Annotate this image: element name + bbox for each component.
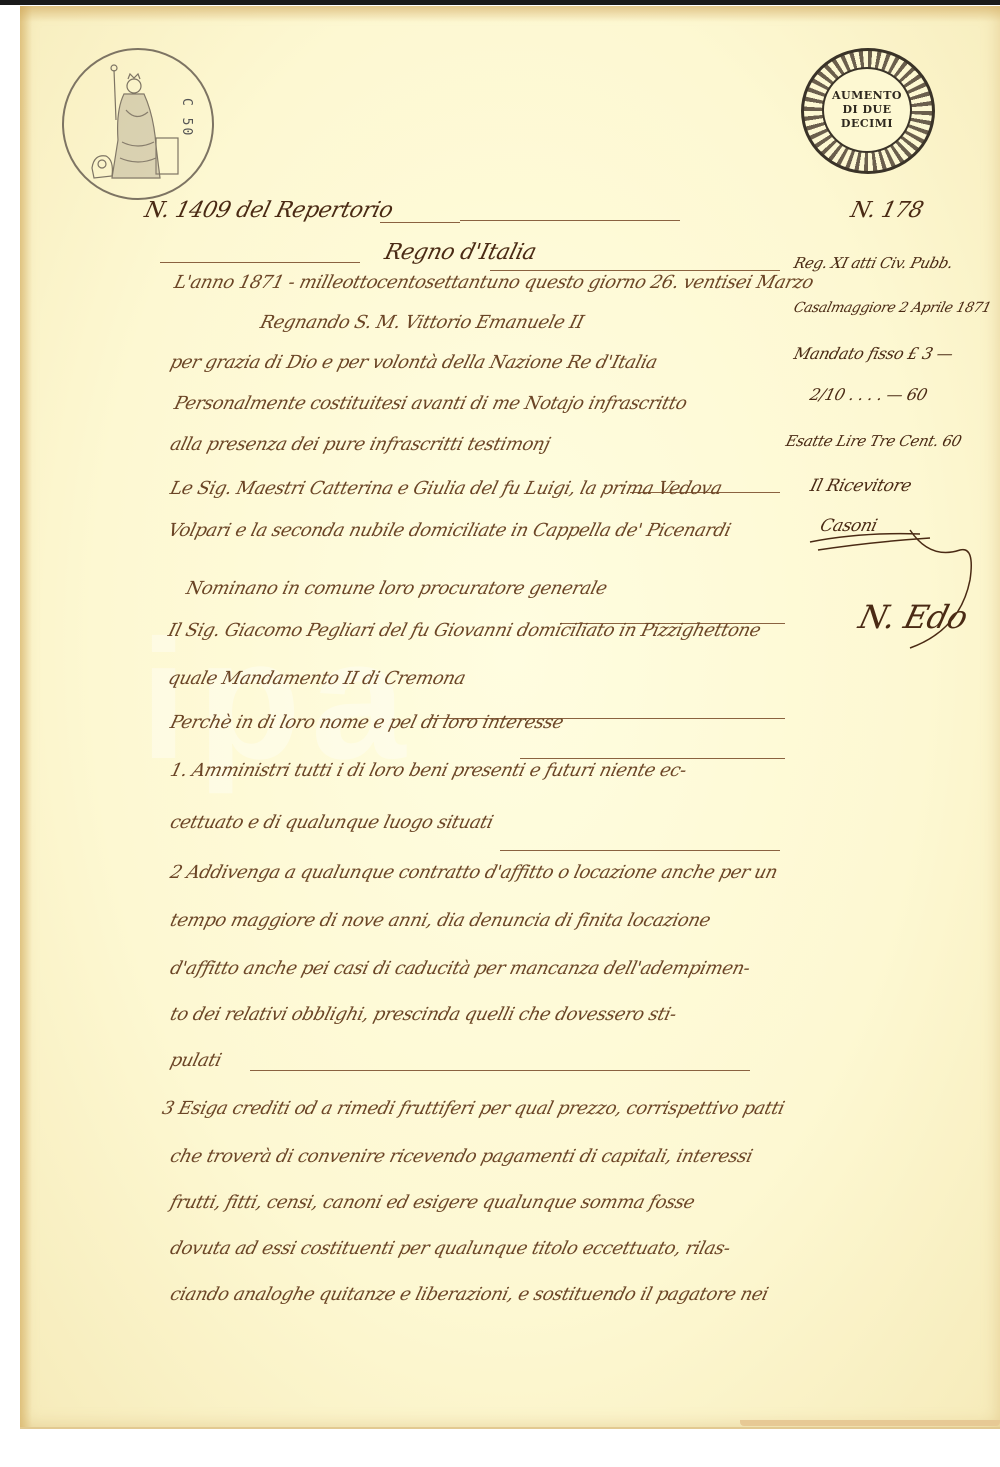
- margin-note: Mandato fisso £ 3 —: [792, 344, 955, 363]
- body-line: Personalmente costituitesi avanti di me …: [172, 393, 689, 414]
- body-line: Perchè in di loro nome e pel di loro int…: [168, 712, 566, 733]
- margin-note: 2/10 . . . . — 60: [808, 385, 929, 404]
- body-line: tempo maggiore di nove anni, dia denunci…: [168, 910, 713, 931]
- margin-number: N. 178: [848, 198, 926, 223]
- body-line: frutti, fitti, censi, canoni ed esigere …: [168, 1192, 697, 1213]
- body-line: Il Sig. Giacomo Pegliari del fu Giovanni…: [166, 620, 763, 641]
- body-line: L'anno 1871 - milleottocentosettantuno q…: [172, 272, 816, 293]
- notary-signature: N. Edo: [855, 598, 971, 636]
- margin-note: Esatte Lire Tre Cent. 60: [784, 432, 963, 450]
- tax-stamp: C 50: [62, 48, 214, 200]
- body-line: cettuato e di qualunque luogo situati: [168, 812, 495, 833]
- body-line: ciando analoghe quitanze e liberazioni, …: [168, 1284, 770, 1305]
- page-edge-stain: [740, 1420, 1000, 1426]
- body-line: 3 Esiga crediti od a rimedi fruttiferi p…: [160, 1098, 787, 1119]
- stamp-denomination: C 50: [174, 98, 194, 137]
- scan-top-border: [0, 0, 1000, 5]
- divider: [250, 1070, 750, 1071]
- body-line: to dei relativi obblighi, prescinda quel…: [168, 1004, 678, 1025]
- margin-note: Reg. XI atti Civ. Pubb.: [792, 254, 955, 272]
- repertorio-number: N. 1409 del Repertorio: [142, 198, 395, 223]
- body-line: quale Mandamento II di Cremona: [166, 668, 468, 689]
- body-line: Nominano in comune loro procuratore gene…: [184, 578, 609, 599]
- body-line: pulati: [168, 1050, 223, 1071]
- body-line: d'affitto anche pei casi di caducità per…: [168, 958, 752, 979]
- body-line: alla presenza dei pure infrascritti test…: [168, 434, 552, 455]
- divider: [500, 850, 780, 851]
- divider: [160, 262, 360, 263]
- margin-note: Casalmaggiore 2 Aprile 1871: [792, 300, 993, 316]
- body-line: Le Sig. Maestri Catterina e Giulia del f…: [168, 478, 724, 499]
- document-title: Regno d'Italia: [382, 240, 539, 265]
- margin-note: Il Ricevitore: [808, 476, 913, 496]
- body-line: Volpari e la seconda nubile domiciliate …: [166, 520, 733, 541]
- divider: [380, 222, 460, 223]
- surcharge-stamp-text: AUMENTO DI DUE DECIMI: [822, 67, 912, 153]
- surcharge-line-3: DECIMI: [841, 117, 893, 131]
- body-line: Regnando S. M. Vittorio Emanuele II: [258, 312, 586, 333]
- body-line: 2 Addivenga a qualunque contratto d'affi…: [168, 862, 780, 883]
- surcharge-stamp: AUMENTO DI DUE DECIMI: [801, 48, 935, 174]
- body-line: dovuta ad essi costituenti per qualunque…: [168, 1238, 732, 1259]
- divider: [460, 220, 680, 221]
- body-line: 1. Amministri tutti i di loro beni prese…: [168, 760, 689, 781]
- divider: [520, 758, 785, 759]
- body-line: che troverà di convenire ricevendo pagam…: [168, 1146, 755, 1167]
- signature-flourish-icon: [800, 520, 1000, 670]
- surcharge-line-1: AUMENTO: [832, 89, 902, 103]
- surcharge-line-2: DI DUE: [842, 103, 891, 117]
- body-line: per grazia di Dio e per volontà della Na…: [168, 352, 659, 373]
- divider: [490, 270, 780, 271]
